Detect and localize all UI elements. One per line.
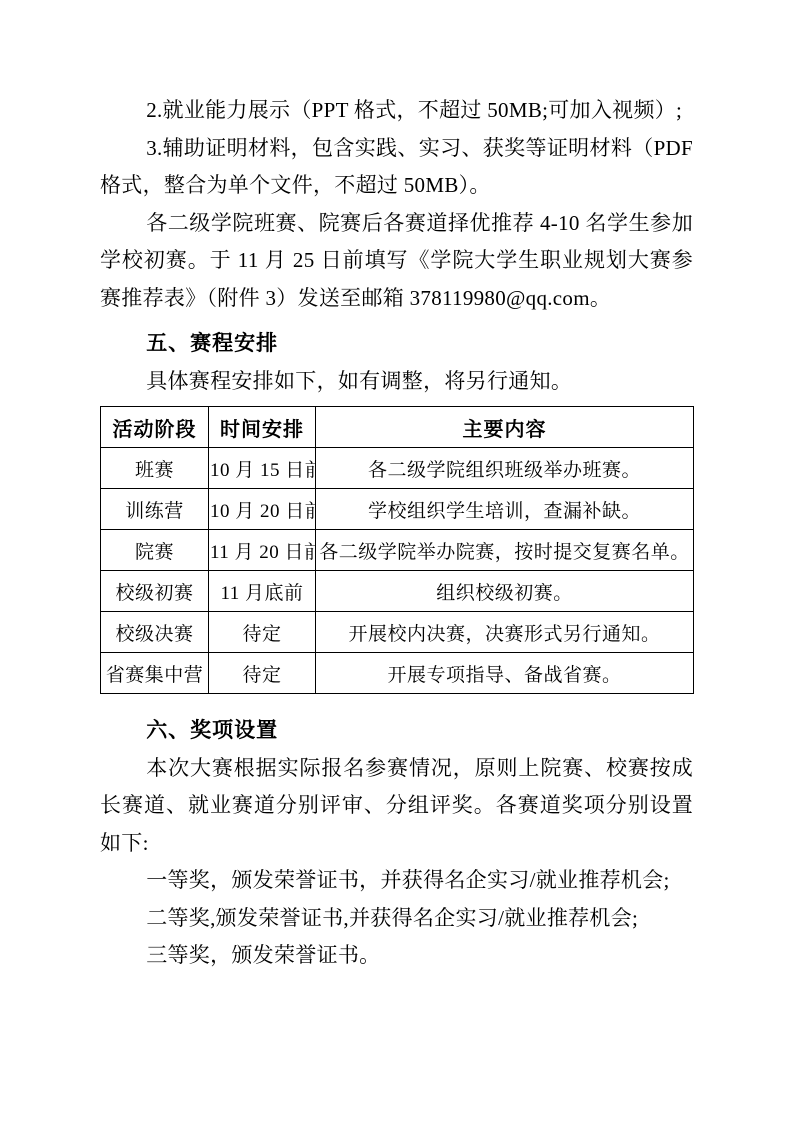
document-page: 2.就业能力展示（PPT 格式，不超过 50MB;可加入视频）; 3.辅助证明材… [0,0,793,1122]
table-header-stage: 活动阶段 [101,407,209,448]
table-row: 校级决赛 待定 开展校内决赛，决赛形式另行通知。 [101,612,694,653]
cell-content: 各二级学院举办院赛，按时提交复赛名单。 [316,530,694,571]
cell-stage: 校级决赛 [101,612,209,653]
cell-content: 组织校级初赛。 [316,571,694,612]
paragraph-employment-display: 2.就业能力展示（PPT 格式，不超过 50MB;可加入视频）; [100,92,693,130]
schedule-table: 活动阶段 时间安排 主要内容 班赛 10 月 15 日前 各二级学院组织班级举办… [100,406,694,694]
cell-stage: 训练营 [101,489,209,530]
cell-content: 开展专项指导、备战省赛。 [316,653,694,694]
cell-time: 待定 [209,653,316,694]
paragraph-awards-intro: 本次大赛根据实际报名参赛情况，原则上院赛、校赛按成长赛道、就业赛道分别评审、分组… [100,750,693,863]
paragraph-supporting-materials: 3.辅助证明材料，包含实践、实习、获奖等证明材料（PDF 格式，整合为单个文件，… [100,130,693,205]
table-header-row: 活动阶段 时间安排 主要内容 [101,407,694,448]
cell-content: 各二级学院组织班级举办班赛。 [316,448,694,489]
cell-stage: 校级初赛 [101,571,209,612]
paragraph-third-prize: 三等奖，颁发荣誉证书。 [100,937,693,975]
table-header-time: 时间安排 [209,407,316,448]
table-row: 院赛 11 月 20 日前 各二级学院举办院赛，按时提交复赛名单。 [101,530,694,571]
cell-time: 11 月底前 [209,571,316,612]
cell-time: 待定 [209,612,316,653]
table-row: 省赛集中营 待定 开展专项指导、备战省赛。 [101,653,694,694]
paragraph-first-prize: 一等奖，颁发荣誉证书，并获得名企实习/就业推荐机会; [100,862,693,900]
table-row: 训练营 10 月 20 日前 学校组织学生培训，查漏补缺。 [101,489,694,530]
paragraph-second-prize: 二等奖,颁发荣誉证书,并获得名企实习/就业推荐机会; [100,900,693,938]
cell-time: 11 月 20 日前 [209,530,316,571]
cell-stage: 班赛 [101,448,209,489]
table-header-content: 主要内容 [316,407,694,448]
table-row: 班赛 10 月 15 日前 各二级学院组织班级举办班赛。 [101,448,694,489]
cell-stage: 院赛 [101,530,209,571]
table-row: 校级初赛 11 月底前 组织校级初赛。 [101,571,694,612]
cell-content: 学校组织学生培训，查漏补缺。 [316,489,694,530]
cell-time: 10 月 20 日前 [209,489,316,530]
paragraph-recommendation: 各二级学院班赛、院赛后各赛道择优推荐 4-10 名学生参加学校初赛。于 11 月… [100,205,693,318]
cell-content: 开展校内决赛，决赛形式另行通知。 [316,612,694,653]
cell-time: 10 月 15 日前 [209,448,316,489]
section-heading-schedule: 五、赛程安排 [100,325,693,363]
cell-stage: 省赛集中营 [101,653,209,694]
document-content: 2.就业能力展示（PPT 格式，不超过 50MB;可加入视频）; 3.辅助证明材… [100,92,693,975]
section-heading-awards: 六、奖项设置 [100,712,693,750]
paragraph-schedule-intro: 具体赛程安排如下，如有调整，将另行通知。 [100,363,693,401]
